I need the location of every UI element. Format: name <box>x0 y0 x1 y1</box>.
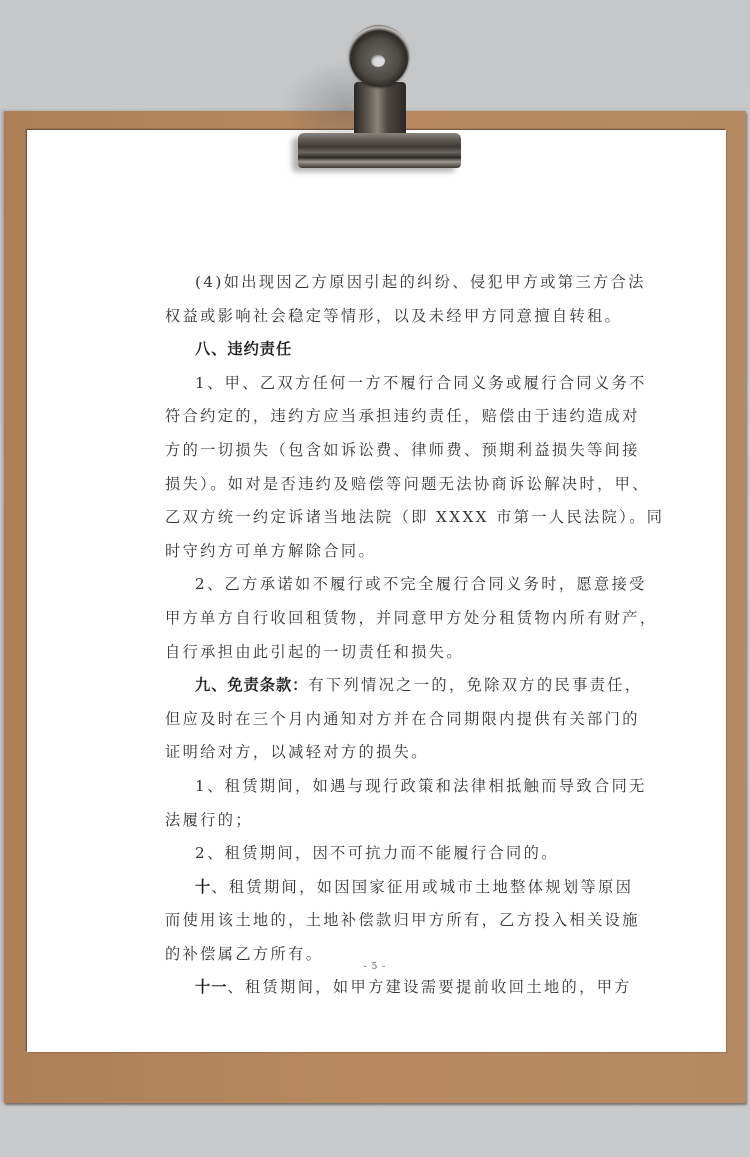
section-clause10: 十、租赁期间，如因国家征用或城市土地整体规划等原因 <box>165 871 590 905</box>
clause10-heading: 十 <box>195 878 211 896</box>
paragraph-line: 1、甲、乙双方任何一方不履行合同义务或履行合同义务不 <box>165 367 590 401</box>
paragraph-line: 但应及时在三个月内通知对方并在合同期限内提供有关部门的 <box>165 703 590 737</box>
paragraph-line: 2、租赁期间，因不可抗力而不能履行合同的。 <box>165 837 590 871</box>
binder-clip-icon <box>298 133 461 168</box>
paragraph-line: 而使用该土地的，土地补偿款归甲方所有，乙方投入相关设施 <box>165 904 590 938</box>
binder-clip-neck <box>354 82 406 138</box>
paragraph-line: 证明给对方，以减轻对方的损失。 <box>165 736 590 770</box>
clause9-text: 有下列情况之一的，免除双方的民事责任， <box>308 676 642 694</box>
clause9-heading: 九、免责条款： <box>195 676 308 694</box>
paragraph-line: (4)如出现因乙方原因引起的纠纷、侵犯甲方或第三方合法 <box>165 266 590 300</box>
paragraph-line: 法履行的； <box>165 804 590 838</box>
section-heading-exemption: 九、免责条款：有下列情况之一的，免除双方的民事责任， <box>165 669 590 703</box>
paragraph-line: 权益或影响社会稳定等情形，以及未经甲方同意擅自转租。 <box>165 300 590 334</box>
clause10-text: 、租赁期间，如因国家征用或城市土地整体规划等原因 <box>211 878 633 896</box>
paragraph-line: 乙双方统一约定诉诸当地法院（即 XXXX 市第一人民法院）。同 <box>165 501 590 535</box>
paragraph-line: 自行承担由此引起的一切责任和损失。 <box>165 636 590 670</box>
clause11-heading: 十一 <box>195 978 227 996</box>
paragraph-line: 方的一切损失（包含如诉讼费、律师费、预期利益损失等间接 <box>165 434 590 468</box>
binder-clip-hole <box>371 55 385 67</box>
section-clause11: 十一、租赁期间，如甲方建设需要提前收回土地的，甲方 <box>165 971 590 1005</box>
paragraph-line: 时守约方可单方解除合同。 <box>165 535 590 569</box>
paragraph-line: 1、租赁期间，如遇与现行政策和法律相抵触而导致合同无 <box>165 770 590 804</box>
page-number: - 5 - <box>0 962 750 972</box>
clause11-text: 、租赁期间，如甲方建设需要提前收回土地的，甲方 <box>227 978 632 996</box>
paragraph-line: 甲方单方自行收回租赁物，并同意甲方处分租赁物内所有财产， <box>165 602 590 636</box>
section-heading-breach: 八、违约责任 <box>165 333 590 367</box>
paragraph-line: 损失）。如对是否违约及赔偿等问题无法协商诉讼解决时，甲、 <box>165 468 590 502</box>
paragraph-line: 2、乙方承诺如不履行或不完全履行合同义务时，愿意接受 <box>165 568 590 602</box>
document-body: (4)如出现因乙方原因引起的纠纷、侵犯甲方或第三方合法 权益或影响社会稳定等情形… <box>165 266 590 1005</box>
paragraph-line: 符合约定的，违约方应当承担违约责任，赔偿由于违约造成对 <box>165 400 590 434</box>
